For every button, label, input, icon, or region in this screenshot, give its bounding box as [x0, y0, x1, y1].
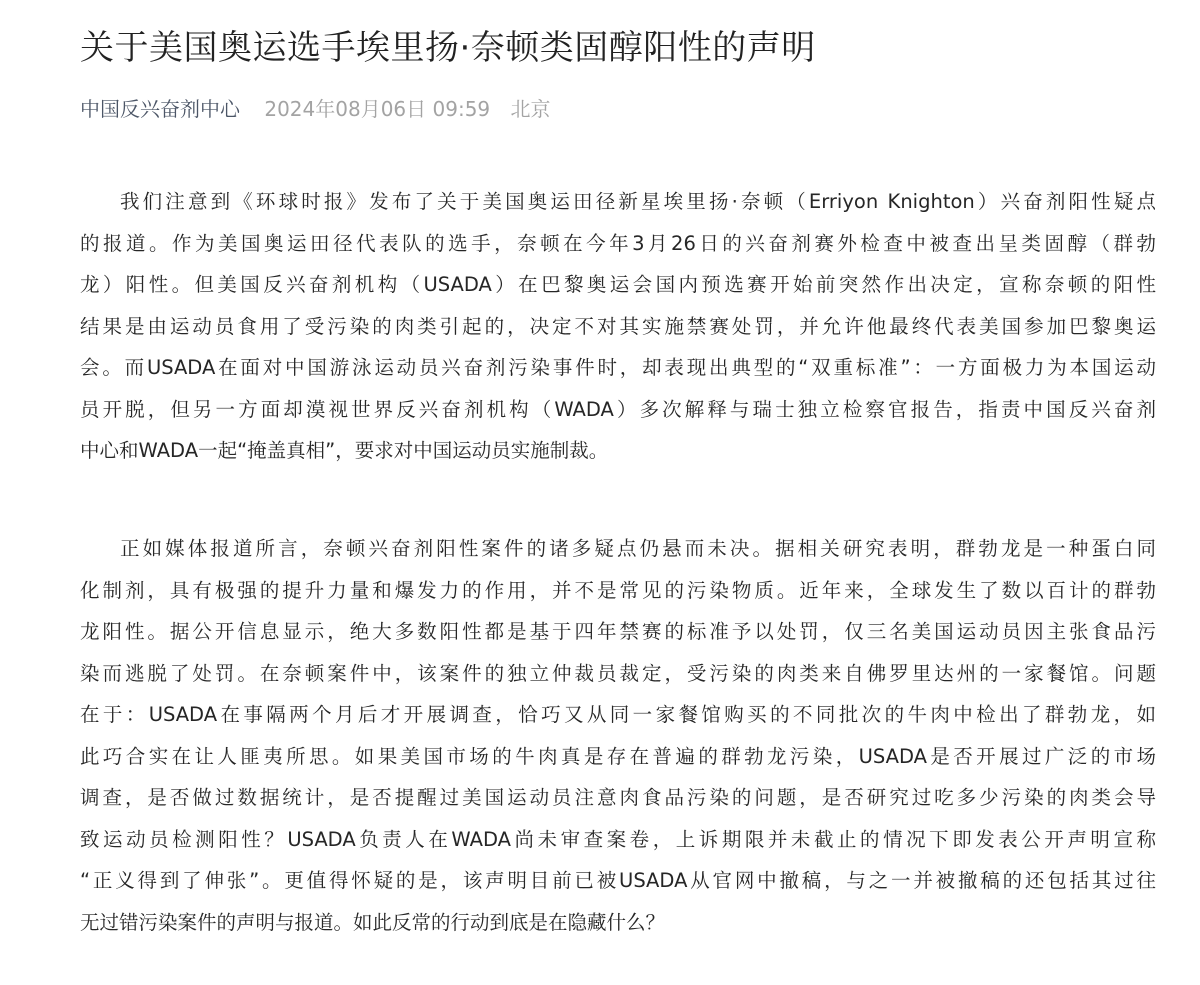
paragraph-line: 会。而USADA在面对中国游泳运动员兴奋剂污染事件时，却表现出典型的“双重标准”…	[80, 347, 1156, 389]
paragraph-2: 正如媒体报道所言，奈顿兴奋剂阳性案件的诸多疑点仍悬而未决。据相关研究表明，群勃龙…	[80, 528, 1156, 943]
paragraph-line: 化制剂，具有极强的提升力量和爆发力的作用，并不是常见的污染物质。近年来，全球发生…	[80, 570, 1156, 612]
paragraph-line: 员开脱，但另一方面却漠视世界反兴奋剂机构（WADA）多次解释与瑞士独立检察官报告…	[80, 389, 1156, 431]
publish-datetime: 2024年08月06日 09:59	[264, 97, 490, 121]
paragraph-line: 龙）阳性。但美国反兴奋剂机构（USADA）在巴黎奥运会国内预选赛开始前突然作出决…	[80, 264, 1156, 306]
publish-location: 北京	[511, 97, 551, 121]
paragraph-line: 致运动员检测阳性？USADA负责人在WADA尚未审查案卷，上诉期限并未截止的情况…	[80, 819, 1156, 861]
paragraph-line: 在于：USADA在事隔两个月后才开展调查，恰巧又从同一家餐馆购买的不同批次的牛肉…	[80, 694, 1156, 736]
paragraph-line: 无过错污染案件的声明与报道。如此反常的行动到底是在隐藏什么？	[80, 902, 1156, 944]
paragraph-line: 染而逃脱了处罚。在奈顿案件中，该案件的独立仲裁员裁定，受污染的肉类来自佛罗里达州…	[80, 653, 1156, 695]
paragraph-line: 此巧合实在让人匪夷所思。如果美国市场的牛肉真是存在普遍的群勃龙污染，USADA是…	[80, 736, 1156, 778]
article-meta: 中国反兴奋剂中心 2024年08月06日 09:59 北京	[80, 94, 551, 124]
paragraph-line: 正如媒体报道所言，奈顿兴奋剂阳性案件的诸多疑点仍悬而未决。据相关研究表明，群勃龙…	[80, 528, 1156, 570]
source-link[interactable]: 中国反兴奋剂中心	[80, 97, 240, 121]
paragraph-1: 我们注意到《环球时报》发布了关于美国奥运田径新星埃里扬·奈顿（Erriyon K…	[80, 181, 1156, 472]
paragraph-line: 结果是由运动员食用了受污染的肉类引起的，决定不对其实施禁赛处罚，并允许他最终代表…	[80, 306, 1156, 348]
paragraph-line: “正义得到了伸张”。更值得怀疑的是，该声明目前已被USADA从官网中撤稿，与之一…	[80, 860, 1156, 902]
article-title: 关于美国奥运选手埃里扬·奈顿类固醇阳性的声明	[80, 22, 816, 74]
paragraph-line: 龙阳性。据公开信息显示，绝大多数阳性都是基于四年禁赛的标准予以处罚，仅三名美国运…	[80, 611, 1156, 653]
paragraph-line: 的报道。作为美国奥运田径代表队的选手，奈顿在今年3月26日的兴奋剂赛外检查中被查…	[80, 223, 1156, 265]
paragraph-line: 我们注意到《环球时报》发布了关于美国奥运田径新星埃里扬·奈顿（Erriyon K…	[80, 181, 1156, 223]
paragraph-line: 中心和WADA一起“掩盖真相”，要求对中国运动员实施制裁。	[80, 430, 1156, 472]
paragraph-line: 调查，是否做过数据统计，是否提醒过美国运动员注意肉食品污染的问题，是否研究过吃多…	[80, 777, 1156, 819]
